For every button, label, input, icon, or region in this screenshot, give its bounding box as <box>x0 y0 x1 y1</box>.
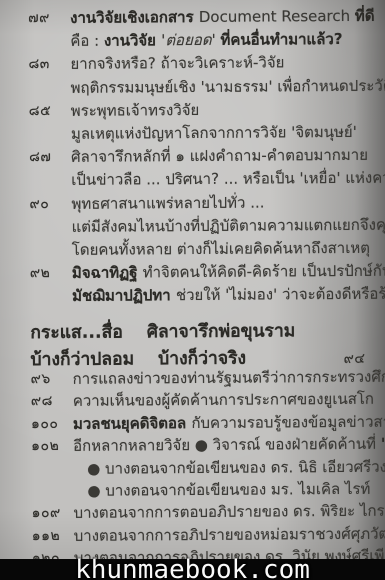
toc-entry-text: เป็นข่าวลือ ... ปริศนา? ... หรือเป็น 'เห… <box>71 167 385 193</box>
toc-entry-text: มูลเหตุแห่งปัญหาโลกจากการวิจัย 'จิตมนุษย… <box>71 121 378 146</box>
toc-page-number <box>31 480 73 503</box>
toc-page-number: ๘๓ <box>28 53 70 76</box>
toc-entry-text: คือ : งานวิจัย 'ต่อยอด' ที่คนอื่นทำมาแล้… <box>70 28 377 53</box>
toc-sub-bullet: ● บางตอนจากข้อเขียนของ ดร. นิธิ เอียวศรี… <box>31 455 380 480</box>
toc-page-number <box>30 239 72 262</box>
toc-entry-text: มัชฌิมาปฏิปทา ช่วยให้ 'ไม่มอง' ว่าจะต้อง… <box>72 283 385 309</box>
toc-entry-text: บางตอนจากการอภิปรายของหม่อมราชวงศ์ศุภวัฒ… <box>74 522 385 547</box>
toc-page-number: ๙๘ <box>31 390 73 413</box>
toc-entry-text: พุทธศาสนาแพร่หลายไปทั่ว ... <box>71 190 378 215</box>
table-of-contents: ๗๙ งานวิจัยเชิงเอกสาร Document Research … <box>0 0 385 580</box>
toc-entry: ๙๒ มิจฉาทิฏฐิ ทำจิตคนให้คิดดี-คิดร้าย เป… <box>30 260 379 286</box>
toc-entry-text: การแถลงข่าวของท่านรัฐมนตรีว่าการกระทรวงศ… <box>73 365 385 390</box>
toc-entry: ๗๙ งานวิจัยเชิงเอกสาร Document Research … <box>28 5 377 31</box>
toc-block-top: ๗๙ งานวิจัยเชิงเอกสาร Document Research … <box>28 5 379 309</box>
toc-entry: ๙๐ พุทธศาสนาแพร่หลายไปทั่ว ... <box>29 190 378 216</box>
toc-entry: ๘๓ ยากจริงหรือ? ถ้าจะวิเคราะห์-วิจัย <box>28 51 377 77</box>
toc-page-number <box>28 30 70 53</box>
toc-entry-continuation: มัชฌิมาปฏิปทา ช่วยให้ 'ไม่มอง' ว่าจะต้อง… <box>30 283 379 309</box>
toc-page-number: ๙๐ <box>29 192 71 215</box>
toc-entry-text: ยากจริงหรือ? ถ้าจะวิเคราะห์-วิจัย <box>70 51 377 76</box>
toc-entry-text: โดยคนทั้งหลาย ต่างก็ไม่เคยคิดค้นหาถึงสาเ… <box>72 237 379 262</box>
toc-entry-text: ● บางตอนจากข้อเขียนของ ดร. นิธิ เอียวศรี… <box>73 455 385 480</box>
watermark-text: khunmaebook.com <box>0 557 385 580</box>
toc-entry-text: ศิลาจารึกหลักที่ ๑ แฝงคำถาม-คำตอบมากมาย <box>71 144 378 169</box>
toc-page-number: ๑๐๐ <box>31 413 73 436</box>
toc-entry: ๑๑๒ บางตอนจากการอภิปรายของหม่อมราชวงศ์ศุ… <box>32 523 381 548</box>
toc-entry: ๘๗ ศิลาจารึกหลักที่ ๑ แฝงคำถาม-คำตอบมากม… <box>29 144 378 170</box>
toc-page-number <box>29 123 71 146</box>
toc-entry-text: พฤติกรรมมนุษย์เชิง 'นามธรรม' เพื่อกำหนดป… <box>71 74 385 100</box>
toc-entry: ๑๐๐ มวลชนยุคดิจิตอล กับความรอบรู้ของข้อม… <box>31 411 380 436</box>
toc-page-number: ๑๑๒ <box>32 525 74 548</box>
toc-entry-text: มิจฉาทิฏฐิ ทำจิตคนให้คิดดี-คิดร้าย เป็นป… <box>72 260 385 285</box>
toc-entry-text: บางตอนจากการตอบอภิปรายของ ดร. พิริยะ ไกร… <box>74 500 385 525</box>
toc-block-bottom: ๙๖ การแถลงข่าวของท่านรัฐมนตรีว่าการกระทร… <box>31 366 381 570</box>
toc-page-number: ๙๖ <box>31 368 73 391</box>
toc-page-number <box>29 169 71 192</box>
toc-page-number: ๘๗ <box>29 146 71 169</box>
toc-page-number <box>31 457 73 480</box>
toc-entry: ๙๖ การแถลงข่าวของท่านรัฐมนตรีว่าการกระทร… <box>31 366 380 391</box>
toc-entry-continuation: พฤติกรรมมนุษย์เชิง 'นามธรรม' เพื่อกำหนดป… <box>29 74 378 100</box>
toc-entry: ๙๘ ความเห็นของผู้คัดค้านการประกาศของยูเน… <box>31 388 380 413</box>
toc-page-number: ๗๙ <box>28 7 70 30</box>
toc-entry-text: ● บางตอนจากข้อเขียนของ มร. ไมเคิล ไรท์ <box>73 478 380 503</box>
toc-entry-continuation: เป็นข่าวลือ ... ปริศนา? ... หรือเป็น 'เห… <box>29 167 378 193</box>
toc-page-number <box>30 285 72 308</box>
toc-entry-text: แต่มีสังคมไหนบ้างที่ปฏิบัติตามความแตกแยก… <box>72 213 385 239</box>
toc-entry-continuation: แต่มีสังคมไหนบ้างที่ปฏิบัติตามความแตกแยก… <box>30 214 379 240</box>
section-header-line-1: กระแส...สื่อ ศิลาจารึกพ่อขุนราม <box>30 318 365 347</box>
toc-entry: ๑๐๒ อีกหลากหลายวิจัย ● วิจารณ์ ของฝ่ายคั… <box>31 433 380 458</box>
toc-entry-text: มวลชนยุคดิจิตอล กับความรอบรู้ของข้อมูลข่… <box>73 410 385 435</box>
toc-page-number: ๑๐๙ <box>32 502 74 525</box>
toc-entry: ๑๐๙ บางตอนจากการตอบอภิปรายของ ดร. พิริยะ… <box>32 500 381 525</box>
toc-page-number: ๙๒ <box>30 262 72 285</box>
toc-entry-text: ความเห็นของผู้คัดค้านการประกาศของยูเนสโก <box>73 388 380 413</box>
toc-page-number <box>30 216 72 239</box>
toc-page-number: ๘๕ <box>29 100 71 123</box>
toc-entry-text: พระพุทธเจ้าทรงวิจัย <box>71 98 378 123</box>
section-header-left: กระแส...สื่อ <box>30 319 123 347</box>
toc-page-number <box>29 76 71 99</box>
toc-sub-bullet: ● บางตอนจากข้อเขียนของ มร. ไมเคิล ไรท์ <box>31 478 380 503</box>
toc-entry-text: งานวิจัยเชิงเอกสาร Document Research ที่… <box>70 5 377 30</box>
toc-entry-continuation: มูลเหตุแห่งปัญหาโลกจากการวิจัย 'จิตมนุษย… <box>29 121 378 147</box>
toc-entry-text: อีกหลากหลายวิจัย ● วิจารณ์ ของฝ่ายคัดค้า… <box>73 433 385 458</box>
toc-entry: ๘๕ พระพุทธเจ้าทรงวิจัย <box>29 98 378 124</box>
toc-entry-continuation: คือ : งานวิจัย 'ต่อยอด' ที่คนอื่นทำมาแล้… <box>28 28 377 54</box>
toc-entry-continuation: โดยคนทั้งหลาย ต่างก็ไม่เคยคิดค้นหาถึงสาเ… <box>30 237 379 263</box>
section-header-right: ศิลาจารึกพ่อขุนราม <box>147 318 296 346</box>
toc-page-number: ๑๐๒ <box>31 435 73 458</box>
